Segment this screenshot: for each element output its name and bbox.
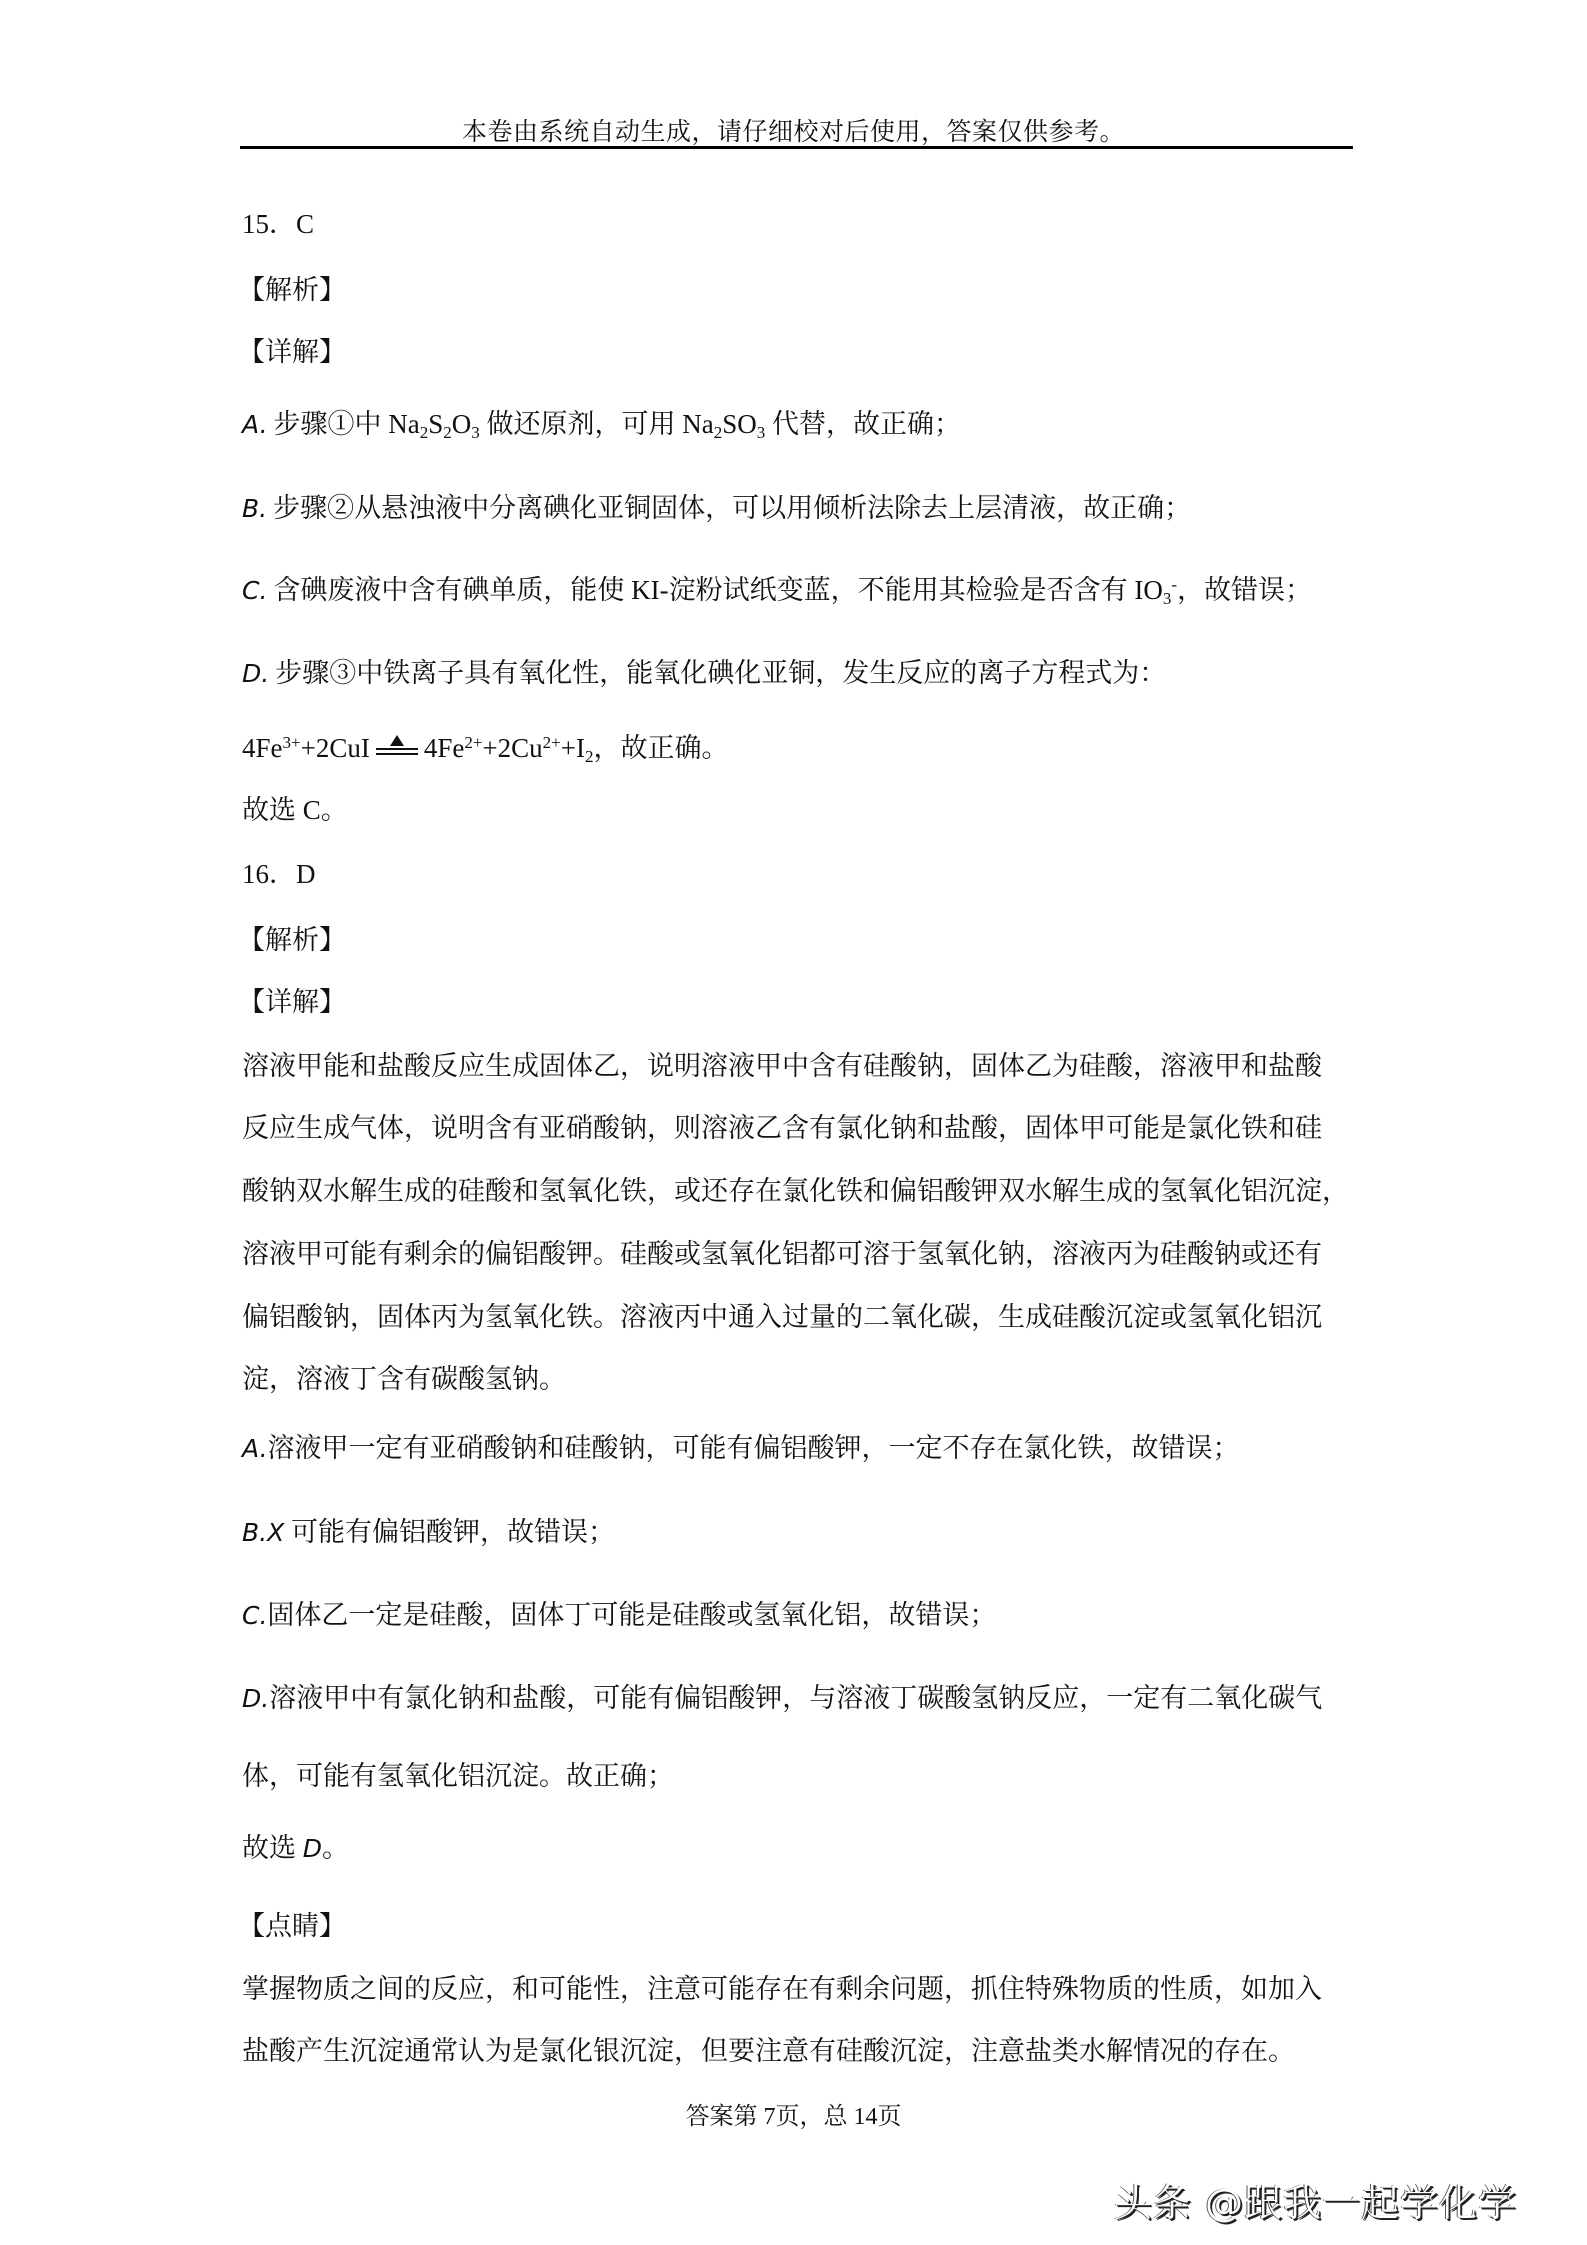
page-footer: 答案第 7页，总 14页 xyxy=(0,2096,1587,2131)
option-text: 可能有偏铝酸钾，故错误； xyxy=(284,1517,615,1547)
q15-analysis-label: 【解析】 xyxy=(238,268,346,307)
option-text: 溶液甲一定有亚硝酸钠和硅酸钠，可能有偏铝酸钾，一定不存在氯化铁，故错误； xyxy=(268,1433,1240,1463)
subscript: 2 xyxy=(420,423,429,442)
q16-paragraph-line: 酸钠双水解生成的硅酸和氢氧化铁，或还存在氯化铁和偏铝酸钾双水解生成的氢氧化铝沉淀… xyxy=(242,1169,1357,1208)
text: +2Cu xyxy=(482,733,542,763)
text: 故选 xyxy=(242,1833,303,1863)
q15-conclusion: 故选 C。 xyxy=(242,792,348,828)
q16-paragraph-line: 偏铝酸钠，固体丙为氢氧化铁。溶液丙中通入过量的二氧化碳，生成硅酸沉淀或氢氧化铝沉 xyxy=(242,1295,1357,1334)
option-text: 固体乙一定是硅酸，固体丁可能是硅酸或氢氧化铝，故错误； xyxy=(267,1600,996,1630)
subscript: 2 xyxy=(714,423,723,442)
text: SO xyxy=(722,409,757,439)
option-text: 步骤③中铁离子具有氧化性，能氧化碘化亚铜，发生反应的离子方程式为： xyxy=(275,658,1166,688)
text: 含碘废液中含有碘单质，能使 KI-淀粉试纸变蓝，不能用其检验是否含有 IO xyxy=(273,575,1162,605)
superscript: 2+ xyxy=(464,733,482,752)
text: 做还原剂，可用 Na xyxy=(480,409,714,439)
q16-conclusion: 故选 D。 xyxy=(242,1830,349,1867)
q15-ionic-equation: 4Fe3++2CuI4Fe2++2Cu2++I2，故正确。 xyxy=(242,730,728,766)
q16-paragraph-line: 溶液甲能和盐酸反应生成固体乙，说明溶液甲中含有硅酸钠，固体乙为硅酸，溶液甲和盐酸 xyxy=(242,1044,1357,1083)
text: ，故错误； xyxy=(1177,575,1312,605)
heating-equals-icon xyxy=(374,733,420,759)
q15-option-a: A.步骤①中 Na2S2O3 做还原剂，可用 Na2SO3 代替，故正确； xyxy=(242,406,961,443)
q16-tip-line: 掌握物质之间的反应，和可能性，注意可能存在有剩余问题，抓住特殊物质的性质，如加入 xyxy=(242,1967,1357,2006)
q16-tip-label: 【点睛】 xyxy=(238,1904,346,1943)
text: O xyxy=(452,409,472,439)
header-divider xyxy=(240,146,1353,149)
option-letter: C. xyxy=(242,1601,267,1630)
text: S xyxy=(428,409,443,439)
option-letter: C. xyxy=(242,576,267,605)
watermark: 头条 @跟我一起学化学 xyxy=(1114,2172,1517,2227)
page-header-notice: 本卷由系统自动生成，请仔细校对后使用，答案仅供参考。 xyxy=(0,112,1587,148)
text: +2CuI xyxy=(301,733,370,763)
subscript: 3 xyxy=(471,423,480,442)
option-letter: D. xyxy=(242,659,269,688)
q16-option-a: A.溶液甲一定有亚硝酸钠和硅酸钠，可能有偏铝酸钾，一定不存在氯化铁，故错误； xyxy=(242,1430,1240,1467)
option-letter: B.X xyxy=(242,1518,284,1547)
subscript: 3 xyxy=(757,423,766,442)
q15-number-answer: 15．C xyxy=(242,206,314,242)
q16-option-d: D.溶液甲中有氯化钠和盐酸，可能有偏铝酸钾，与溶液丁碳酸氢钠反应，一定有二氧化碳… xyxy=(242,1680,1322,1717)
q16-option-d-continuation: 体，可能有氢氧化铝沉淀。故正确； xyxy=(242,1758,674,1794)
q16-option-c: C.固体乙一定是硅酸，固体丁可能是硅酸或氢氧化铝，故错误； xyxy=(242,1597,996,1634)
option-letter: D. xyxy=(242,1684,269,1713)
q16-number-answer: 16．D xyxy=(242,856,316,892)
superscript: 2+ xyxy=(543,733,561,752)
subscript: 2 xyxy=(443,423,452,442)
option-text: 溶液甲中有氯化钠和盐酸，可能有偏铝酸钾，与溶液丁碳酸氢钠反应，一定有二氧化碳气 xyxy=(269,1683,1322,1713)
q15-option-d: D.步骤③中铁离子具有氧化性，能氧化碘化亚铜，发生反应的离子方程式为： xyxy=(242,655,1166,692)
superscript: 3+ xyxy=(283,733,301,752)
q16-paragraph-line: 淀，溶液丁含有碳酸氢钠。 xyxy=(242,1357,1357,1396)
text: ，故正确。 xyxy=(593,733,728,763)
q15-option-b: B.步骤②从悬浊液中分离碘化亚铜固体，可以用倾析法除去上层清液，故正确； xyxy=(242,490,1191,527)
text: +I xyxy=(561,733,585,763)
q16-paragraph-line: 反应生成气体，说明含有亚硝酸钠，则溶液乙含有氯化钠和盐酸，固体甲可能是氯化铁和硅 xyxy=(242,1106,1357,1145)
text: 步骤①中 Na xyxy=(274,409,420,439)
text: 4Fe xyxy=(242,733,283,763)
answer-letter: D xyxy=(303,1834,322,1863)
q16-tip-line: 盐酸产生沉淀通常认为是氯化银沉淀，但要注意有硅酸沉淀，注意盐类水解情况的存在。 xyxy=(242,2029,1357,2068)
option-letter: A. xyxy=(242,410,268,439)
option-text: 步骤②从悬浊液中分离碘化亚铜固体，可以用倾析法除去上层清液，故正确； xyxy=(273,493,1191,523)
option-letter: B. xyxy=(242,494,267,523)
q15-option-c: C.含碘废液中含有碘单质，能使 KI-淀粉试纸变蓝，不能用其检验是否含有 IO3… xyxy=(242,572,1312,609)
q16-paragraph-line: 溶液甲可能有剩余的偏铝酸钾。硅酸或氢氧化铝都可溶于氢氧化钠，溶液丙为硅酸钠或还有 xyxy=(242,1232,1357,1271)
option-letter: A. xyxy=(242,1434,268,1463)
text: 。 xyxy=(322,1833,349,1863)
q16-analysis-label: 【解析】 xyxy=(238,918,346,957)
q16-option-b: B.X 可能有偏铝酸钾，故错误； xyxy=(242,1514,615,1551)
q16-detail-label: 【详解】 xyxy=(238,980,346,1019)
q15-detail-label: 【详解】 xyxy=(238,330,346,369)
text: 代替，故正确； xyxy=(765,409,961,439)
text: 4Fe xyxy=(424,733,465,763)
